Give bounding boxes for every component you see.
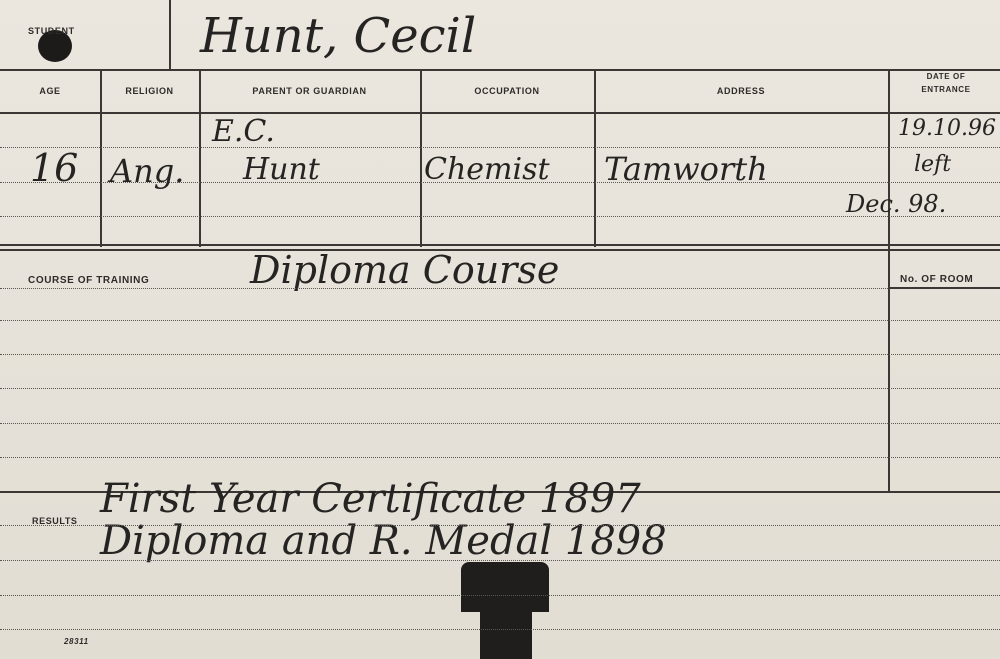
- col-occupation: OCCUPATION: [420, 84, 594, 98]
- col-age: AGE: [0, 84, 100, 98]
- ruled-line: [0, 457, 1000, 458]
- date-entrance-value: 19.10.96: [898, 116, 996, 141]
- divider: [0, 244, 1000, 246]
- student-label: STUDENT: [28, 24, 75, 38]
- card-number: 28311: [64, 635, 89, 649]
- student-record-card: STUDENT Hunt, Cecil AGE RELIGION PARENT …: [0, 0, 1000, 659]
- results-line-1: First Year Certificate 1897: [100, 476, 641, 522]
- index-tab-stem: [480, 606, 532, 659]
- room-label: No. OF ROOM: [900, 273, 973, 287]
- divider: [888, 287, 1000, 289]
- parent-surname: Hunt: [243, 152, 320, 187]
- col-address: ADDRESS: [594, 84, 888, 98]
- ruled-line: [0, 354, 1000, 355]
- ruled-line: [0, 147, 1000, 148]
- date-left-value: Dec. 98.: [846, 190, 946, 218]
- date-left-label: left: [914, 152, 951, 177]
- ruled-line: [0, 320, 1000, 321]
- divider: [0, 69, 1000, 71]
- course-value: Diploma Course: [250, 248, 559, 292]
- ruled-line: [0, 423, 1000, 424]
- address-value: Tamworth: [604, 150, 768, 188]
- index-tab-cutout: [461, 562, 549, 612]
- ruled-line: [0, 388, 1000, 389]
- col-date-entrance: DATE OF ENTRANCE: [905, 70, 987, 96]
- occupation-value: Chemist: [424, 152, 550, 187]
- age-value: 16: [30, 146, 78, 190]
- ruled-line: [0, 525, 1000, 526]
- student-name: Hunt, Cecil: [200, 8, 476, 64]
- ruled-line: [0, 629, 1000, 630]
- parent-initials: E.C.: [212, 114, 275, 149]
- col-religion: RELIGION: [100, 84, 199, 98]
- ruled-line: [0, 560, 1000, 561]
- divider: [0, 112, 1000, 114]
- ruled-line: [0, 595, 1000, 596]
- divider: [888, 69, 890, 493]
- ruled-line: [0, 288, 888, 289]
- divider: [169, 0, 171, 70]
- col-parent: PARENT OR GUARDIAN: [199, 84, 420, 98]
- religion-value: Ang.: [110, 152, 184, 190]
- course-label: COURSE OF TRAINING: [28, 274, 149, 288]
